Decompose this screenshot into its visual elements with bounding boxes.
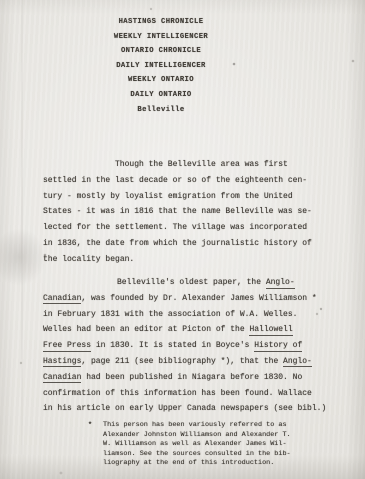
footnote: * This person has been variously referre… <box>88 421 291 469</box>
footnote-line: liography at the end of this introductio… <box>103 459 291 469</box>
paper-specks <box>0 0 2 2</box>
text-line: Hastings, page 211 (see bibliography *),… <box>43 354 333 370</box>
text-line: Though the Belleville area was first <box>43 157 333 173</box>
text-line: lected for the settlement. The village w… <box>43 220 333 236</box>
text-line: settled in the last decade or so of the … <box>43 173 333 189</box>
underlined-title: Canadian <box>43 294 81 305</box>
paragraph-2: Belleville's oldest paper, the Anglo- Ca… <box>43 275 333 417</box>
underlined-title: Hallowell <box>249 325 292 336</box>
masthead-line: DAILY INTELLIGENCER <box>0 59 322 74</box>
text-line: Free Press in 1830. It is stated in Boyc… <box>43 338 333 354</box>
text-line: in his article on early Upper Canada new… <box>43 401 333 417</box>
text-line: Belleville's oldest paper, the Anglo- <box>43 275 333 291</box>
text-segment: Welles had been an editor at Picton of t… <box>43 325 249 334</box>
paragraph-1: Though the Belleville area was first set… <box>43 157 333 268</box>
footnote-marker: * <box>88 421 96 469</box>
text-segment: in February 1831 with the association of… <box>43 310 297 319</box>
scanned-page: HASTINGS CHRONICLE WEEKLY INTELLIGENCER … <box>0 0 365 479</box>
text-line: Canadian had been published in Niagara b… <box>43 370 333 386</box>
underlined-title: Anglo- <box>266 278 295 289</box>
text-segment: confirmation of this information has bee… <box>43 389 312 398</box>
smudge-mark <box>0 228 46 286</box>
masthead: HASTINGS CHRONICLE WEEKLY INTELLIGENCER … <box>0 15 322 117</box>
text-line: Canadian, was founded by Dr. Alexander J… <box>43 291 333 307</box>
text-segment: in his article on early Upper Canada new… <box>43 404 326 413</box>
text-line: in February 1831 with the association of… <box>43 307 333 323</box>
underlined-title: Anglo- <box>283 357 312 368</box>
underlined-title: Hastings <box>43 357 81 368</box>
masthead-line: ONTARIO CHRONICLE <box>0 44 322 59</box>
text-segment: , was founded by Dr. Alexander James Wil… <box>81 294 316 303</box>
footnote-text: This person has been variously referred … <box>103 421 291 469</box>
masthead-line-city: Belleville <box>0 103 322 118</box>
footnote-line: Alexander Johnston Williamson and Alexan… <box>103 431 291 441</box>
footnote-line: This person has been variously referred … <box>103 421 291 431</box>
text-line: Welles had been an editor at Picton of t… <box>43 322 333 338</box>
underlined-title: Canadian <box>43 373 81 384</box>
text-segment: in 1830. It is stated in Boyce's <box>91 341 254 350</box>
text-line: the locality began. <box>43 252 333 268</box>
text-line: tury - mostly by loyalist emigration fro… <box>43 189 333 205</box>
masthead-line: DAILY ONTARIO <box>0 88 322 103</box>
underlined-title: Free Press <box>43 341 91 352</box>
masthead-line: WEEKLY ONTARIO <box>0 73 322 88</box>
text-segment: , page 211 (see bibliography *), that th… <box>81 357 283 366</box>
masthead-line: WEEKLY INTELLIGENCER <box>0 30 322 45</box>
text-segment: Belleville's oldest paper, the <box>117 278 266 287</box>
text-line: confirmation of this information has bee… <box>43 386 333 402</box>
text-line: States - it was in 1816 that the name Be… <box>43 204 333 220</box>
text-line: in 1836, the date from which the journal… <box>43 236 333 252</box>
masthead-line: HASTINGS CHRONICLE <box>0 15 322 30</box>
footnote-line: W. Williamson as well as Alexander James… <box>103 440 291 450</box>
text-segment: had been published in Niagara before 183… <box>81 373 302 382</box>
footnote-line: liamson. See the sources consulted in th… <box>103 450 291 460</box>
underlined-title: History of <box>254 341 302 352</box>
